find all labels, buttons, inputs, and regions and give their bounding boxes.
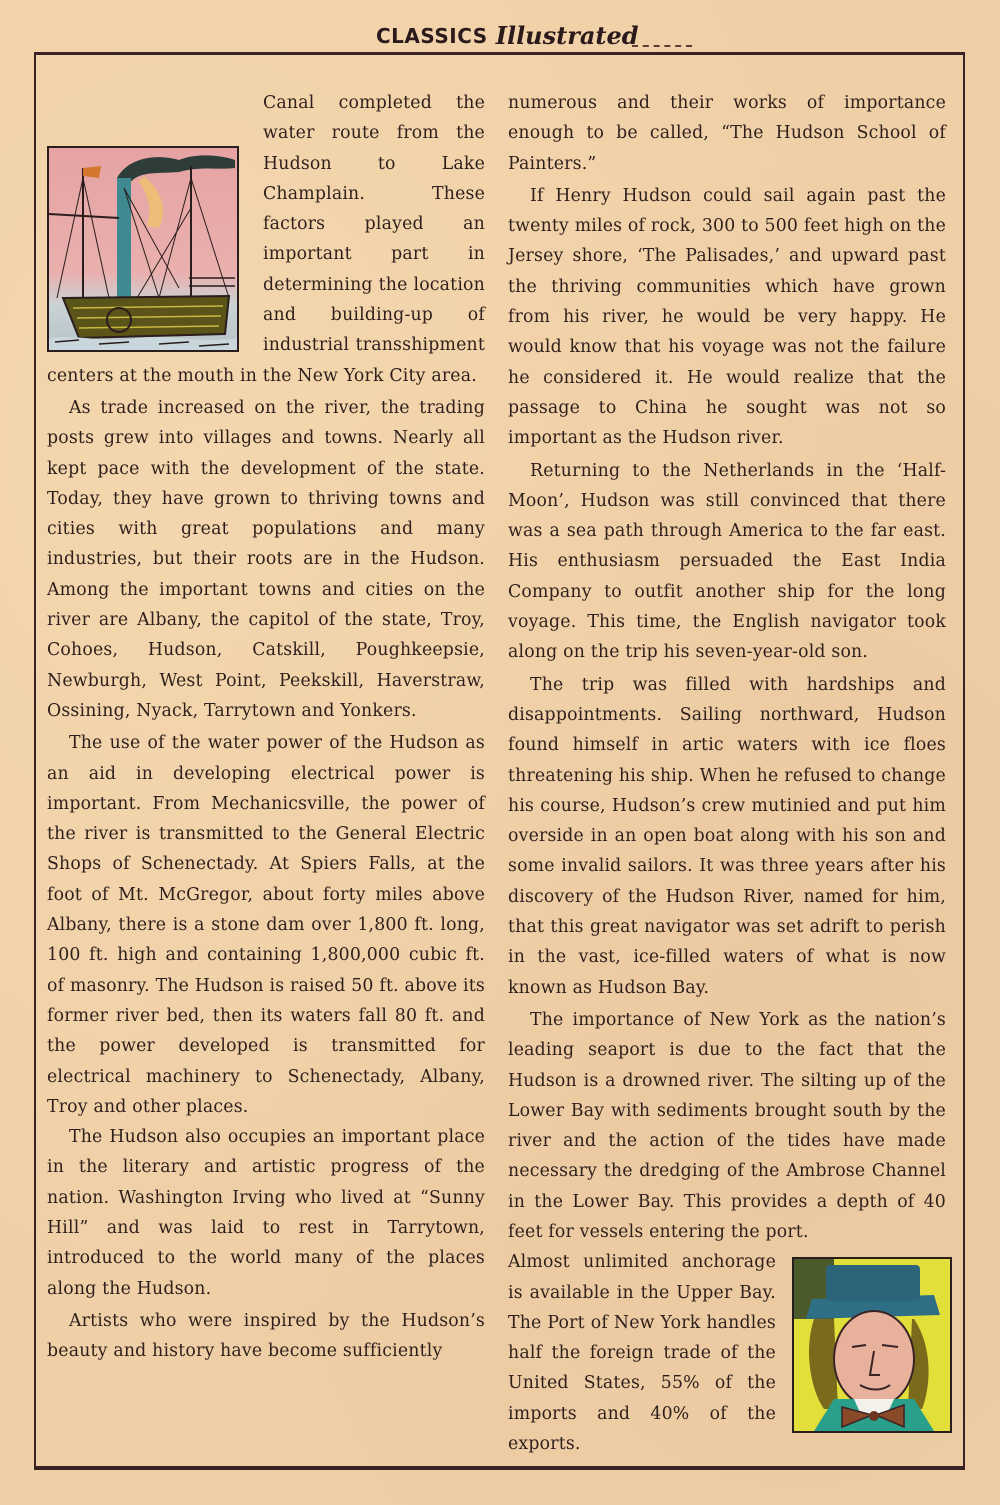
henry-hudson-portrait-icon — [792, 1257, 952, 1433]
left-column: Canal completed the water route from the… — [47, 88, 485, 1366]
paragraph: The use of the water power of the Hudson… — [47, 728, 485, 1122]
right-column: numerous and their works of importance e… — [508, 88, 946, 1459]
paragraph: Artists who were inspired by the Hudson’… — [47, 1306, 485, 1367]
steamboat-illustration-icon — [47, 146, 239, 352]
masthead-brand-word: CLASSICS — [376, 24, 488, 48]
paragraph: The importance of New York as the nation… — [508, 1005, 946, 1247]
masthead-rule — [632, 45, 692, 49]
masthead: CLASSICS Illustrated — [376, 18, 639, 48]
masthead-brand-script: Illustrated — [496, 24, 639, 48]
paragraph: numerous and their works of importance e… — [508, 88, 946, 179]
paragraph: If Henry Hudson could sail again past th… — [508, 181, 946, 454]
paragraph: Returning to the Netherlands in the ‘Hal… — [508, 456, 946, 668]
paragraph: The trip was filled with hardships and d… — [508, 670, 946, 1003]
paragraph: As trade increased on the river, the tra… — [47, 393, 485, 726]
paragraph: The Hudson also occupies an important pl… — [47, 1122, 485, 1304]
